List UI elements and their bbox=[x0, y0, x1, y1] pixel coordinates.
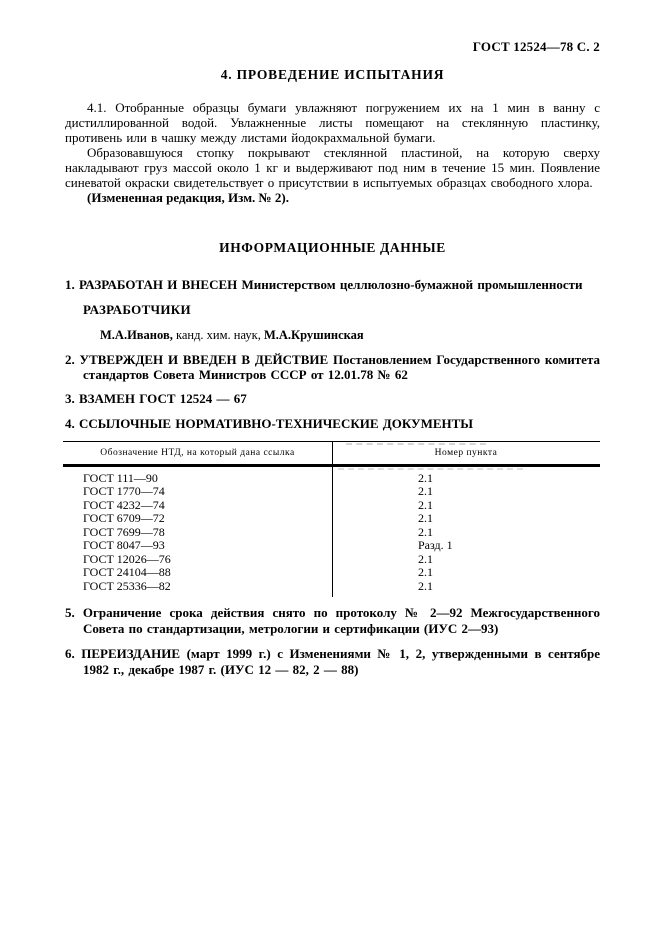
amendment-note: (Измененная редакция, Изм. № 2). bbox=[65, 190, 600, 205]
table-cell-clause: 2.1 bbox=[332, 566, 600, 580]
document-page: ГОСТ 12524—78 С. 2 4. ПРОВЕДЕНИЕ ИСПЫТАН… bbox=[0, 0, 661, 936]
scan-artifact bbox=[346, 443, 486, 445]
paragraph-4-1-cont: Образовавшуюся стопку покрывают стеклянн… bbox=[65, 145, 600, 190]
table-cell-clause: 2.1 bbox=[332, 512, 600, 526]
table-cell-clause: 2.1 bbox=[332, 485, 600, 499]
table-cell-clause: 2.1 bbox=[332, 499, 600, 513]
table-cell-clause: 2.1 bbox=[332, 580, 600, 594]
developers-label: РАЗРАБОТЧИКИ bbox=[83, 302, 600, 318]
reference-table: Обозначение НТД, на который дана ссылка … bbox=[63, 441, 600, 598]
info-item-3: 3. ВЗАМЕН ГОСТ 12524 — 67 bbox=[65, 391, 600, 407]
scan-artifact bbox=[338, 468, 523, 470]
table-cell-clause: Разд. 1 bbox=[332, 539, 600, 553]
table-cell-ntd: ГОСТ 6709—72 bbox=[63, 512, 332, 526]
table-cell-ntd: ГОСТ 24104—88 bbox=[63, 566, 332, 580]
paragraph-4-1: 4.1. Отобранные образцы бумаги увлажняют… bbox=[65, 100, 600, 145]
info-data-heading: ИНФОРМАЦИОННЫЕ ДАННЫЕ bbox=[65, 240, 600, 256]
info-item-6: 6. ПЕРЕИЗДАНИЕ (март 1999 г.) с Изменени… bbox=[65, 646, 600, 677]
page-header: ГОСТ 12524—78 С. 2 bbox=[65, 40, 600, 54]
table-cell-ntd: ГОСТ 1770—74 bbox=[63, 485, 332, 499]
developer-degree: канд. хим. наук, bbox=[173, 328, 264, 342]
section-title: 4. ПРОВЕДЕНИЕ ИСПЫТАНИЯ bbox=[65, 67, 600, 83]
table-cell-ntd: ГОСТ 4232—74 bbox=[63, 499, 332, 513]
developer-name: М.А.Иванов, bbox=[100, 328, 173, 342]
info-item-1: 1. РАЗРАБОТАН И ВНЕСЕН Министерством цел… bbox=[65, 277, 600, 293]
developers-line: М.А.Иванов, канд. хим. наук, М.А.Крушинс… bbox=[100, 328, 600, 343]
table-cell-ntd: ГОСТ 7699—78 bbox=[63, 526, 332, 540]
table-cell-clause: 2.1 bbox=[332, 526, 600, 540]
table-header-ntd: Обозначение НТД, на который дана ссылка bbox=[63, 448, 332, 458]
table-cell-ntd: ГОСТ 25336—82 bbox=[63, 580, 332, 594]
table-column-divider bbox=[332, 442, 333, 598]
info-item-2: 2. УТВЕРЖДЕН И ВВЕДЕН В ДЕЙСТВИЕ Постано… bbox=[65, 352, 600, 383]
table-cell-ntd: ГОСТ 111—90 bbox=[63, 472, 332, 486]
table-header-clause: Номер пункта bbox=[332, 448, 600, 458]
table-cell-clause: 2.1 bbox=[332, 472, 600, 486]
info-item-5: 5. Ограничение срока действия снято по п… bbox=[65, 605, 600, 636]
table-cell-ntd: ГОСТ 12026—76 bbox=[63, 553, 332, 567]
table-cell-ntd: ГОСТ 8047—93 bbox=[63, 539, 332, 553]
table-cell-clause: 2.1 bbox=[332, 553, 600, 567]
info-item-4: 4. ССЫЛОЧНЫЕ НОРМАТИВНО-ТЕХНИЧЕСКИЕ ДОКУ… bbox=[65, 416, 600, 432]
developer-name: М.А.Крушинская bbox=[264, 328, 364, 342]
